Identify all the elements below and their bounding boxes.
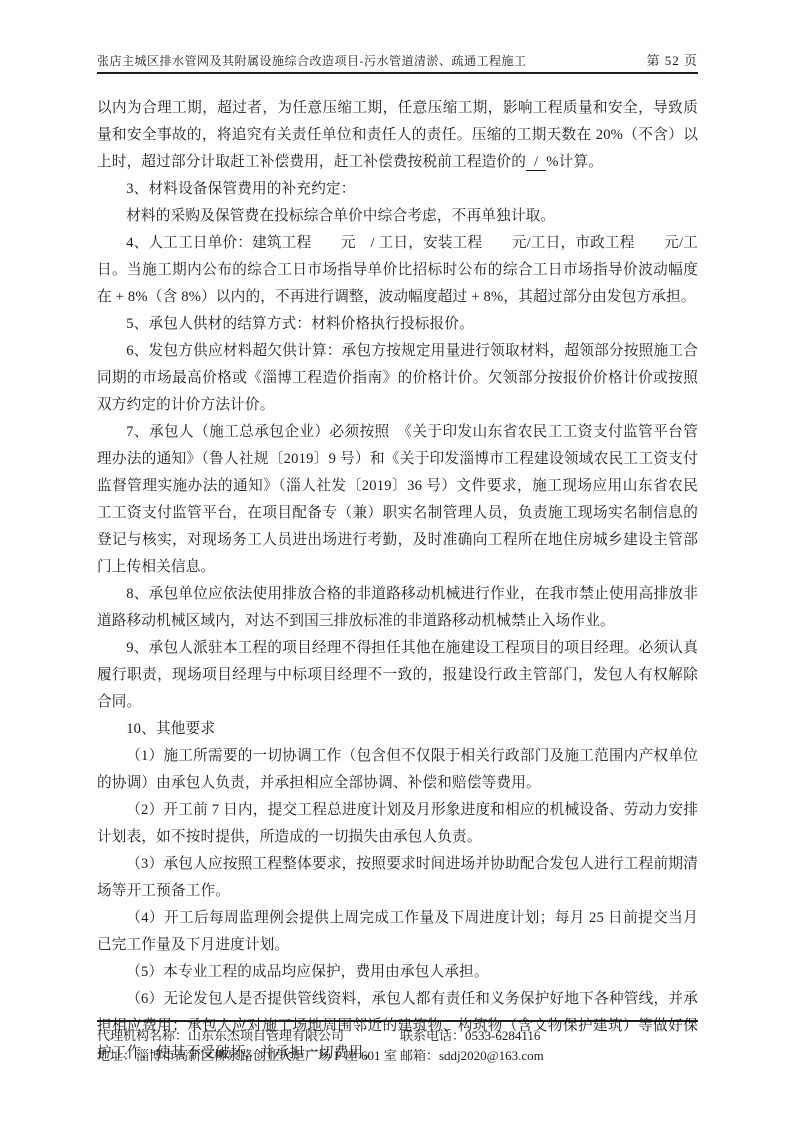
- header-project-title: 张店主城区排水管网及其附属设施综合改造项目-污水管道清淤、疏通工程施工: [97, 52, 527, 69]
- paragraph-item-5: （5）本专业工程的成品均应保护，费用由承包人承担。: [97, 959, 698, 986]
- paragraph-item-4: （4）开工后每周监理例会提供上周完成工作量及下周进度计划；每月 25 日前提交当…: [97, 905, 698, 959]
- agency-name: 代理机构名称：山东东杰项目管理有限公司: [97, 1026, 400, 1046]
- contact-email: 邮箱：sddj2020@163.com: [400, 1046, 698, 1066]
- page-header: 张店主城区排水管网及其附属设施综合改造项目-污水管道清淤、疏通工程施工 第 52…: [97, 50, 698, 74]
- footer-row-2: 地址：淄博市高新区柳泉路创业火炬广场 F 座 601 室 邮箱：sddj2020…: [97, 1046, 698, 1066]
- paragraph-clause-7: 7、承包人（施工总承包企业）必须按照 《关于印发山东省农民工工资支付监管平台管理…: [97, 419, 698, 581]
- paragraph-item-3: （3）承包人应按照工程整体要求，按照要求时间进场并协助配合发包人进行工程前期清场…: [97, 851, 698, 905]
- document-page: 张店主城区排水管网及其附属设施综合改造项目-污水管道清淤、疏通工程施工 第 52…: [0, 0, 793, 1122]
- paragraph-clause-10: 10、其他要求: [97, 716, 698, 743]
- page-number: 第 52 页: [646, 50, 698, 69]
- paragraph-text: 以内为合理工期，超过者，为任意压缩工期，任意压缩工期，影响工程质量和安全，导致质…: [97, 100, 698, 170]
- page-footer: 代理机构名称：山东东杰项目管理有限公司 联系电话：0533-6284116 地址…: [97, 1020, 698, 1066]
- agency-address: 地址：淄博市高新区柳泉路创业火炬广场 F 座 601 室: [97, 1046, 400, 1066]
- document-body: 以内为合理工期，超过者，为任意压缩工期，任意压缩工期，影响工程质量和安全，导致质…: [97, 95, 698, 1067]
- paragraph-clause-4: 4、人工工日单价：建筑工程 元 / 工日，安装工程 元/工日，市政工程 元/工日…: [97, 230, 698, 311]
- footer-row-1: 代理机构名称：山东东杰项目管理有限公司 联系电话：0533-6284116: [97, 1026, 698, 1046]
- paragraph-text: %计算。: [546, 154, 603, 170]
- paragraph-item-1: （1）施工所需要的一切协调工作（包含但不仅限于相关行政部门及施工范围内产权单位的…: [97, 743, 698, 797]
- paragraph-clause-3: 3、材料设备保管费用的补充约定：: [97, 176, 698, 203]
- contact-phone: 联系电话：0533-6284116: [400, 1026, 698, 1046]
- paragraph-clause-3-body: 材料的采购及保管费在投标综合单价中综合考虑，不再单独计取。: [97, 203, 698, 230]
- paragraph-clause-5: 5、承包人供材的结算方式：材料价格执行投标报价。: [97, 311, 698, 338]
- fill-in-blank: /: [526, 154, 546, 171]
- paragraph-clause-6: 6、发包方供应材料超欠供计算：承包方按规定用量进行领取材料，超领部分按照施工合同…: [97, 338, 698, 419]
- paragraph-item-2: （2）开工前 7 日内，提交工程总进度计划及月形象进度和相应的机械设备、劳动力安…: [97, 797, 698, 851]
- paragraph-opening: 以内为合理工期，超过者，为任意压缩工期，任意压缩工期，影响工程质量和安全，导致质…: [97, 95, 698, 176]
- paragraph-clause-9: 9、承包人派驻本工程的项目经理不得担任其他在施建设工程项目的项目经理。必须认真履…: [97, 635, 698, 716]
- paragraph-clause-8: 8、承包单位应依法使用排放合格的非道路移动机械进行作业，在我市禁止使用高排放非道…: [97, 581, 698, 635]
